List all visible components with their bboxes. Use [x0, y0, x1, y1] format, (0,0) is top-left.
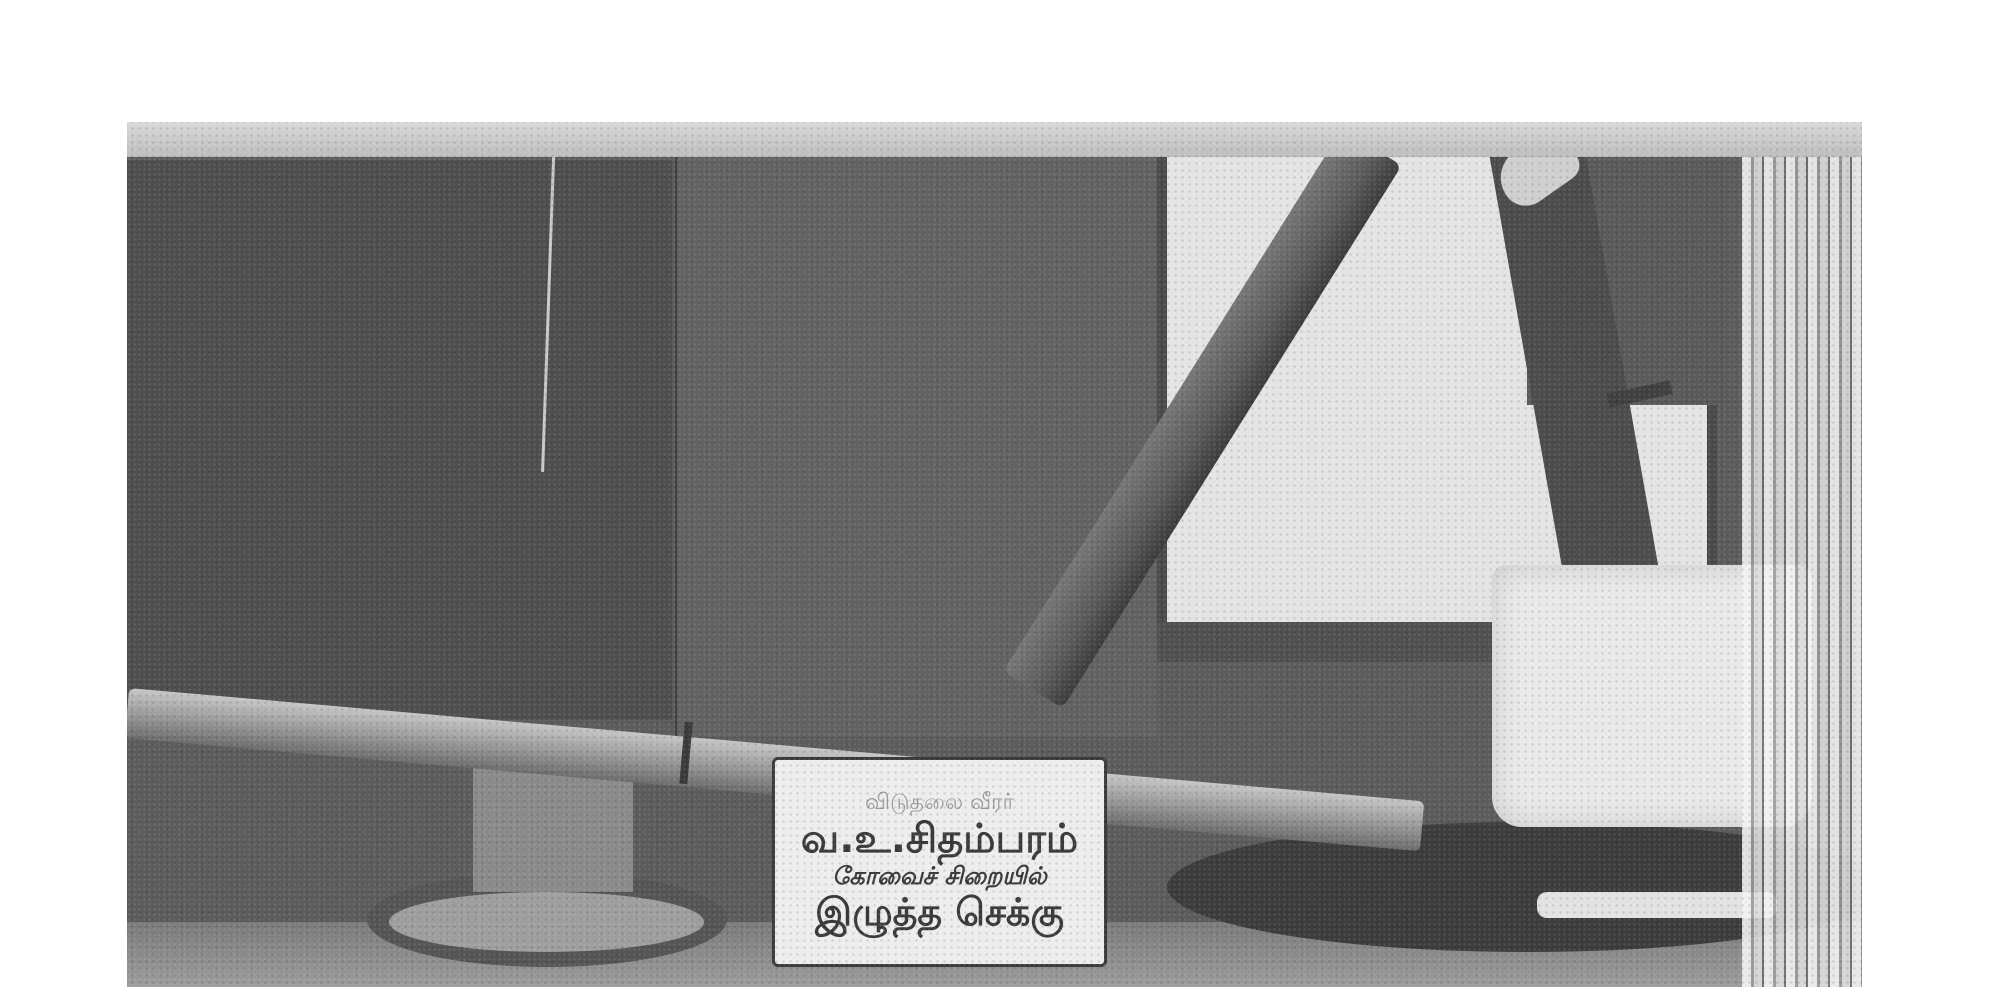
mortar-base-rim	[1537, 892, 1777, 918]
top-strip	[127, 122, 1862, 157]
pedestal-base-top	[389, 892, 704, 952]
curtain	[1742, 122, 1862, 987]
placard-line-4: இழுத்த செக்கு	[815, 891, 1064, 935]
dark-wall	[127, 160, 672, 720]
photograph: விடுதலை வீரர் வ.உ.சிதம்பரம் கோவைச் சிறைய…	[127, 122, 1862, 987]
tamil-placard: விடுதலை வீரர் வ.உ.சிதம்பரம் கோவைச் சிறைய…	[772, 757, 1107, 967]
stone-pedestal	[473, 762, 633, 892]
placard-line-1: விடுதலை வீரர்	[865, 790, 1014, 816]
placard-line-3: கோவைச் சிறையில்	[832, 862, 1047, 891]
placard-line-2: வ.உ.சிதம்பரம்	[801, 816, 1078, 862]
